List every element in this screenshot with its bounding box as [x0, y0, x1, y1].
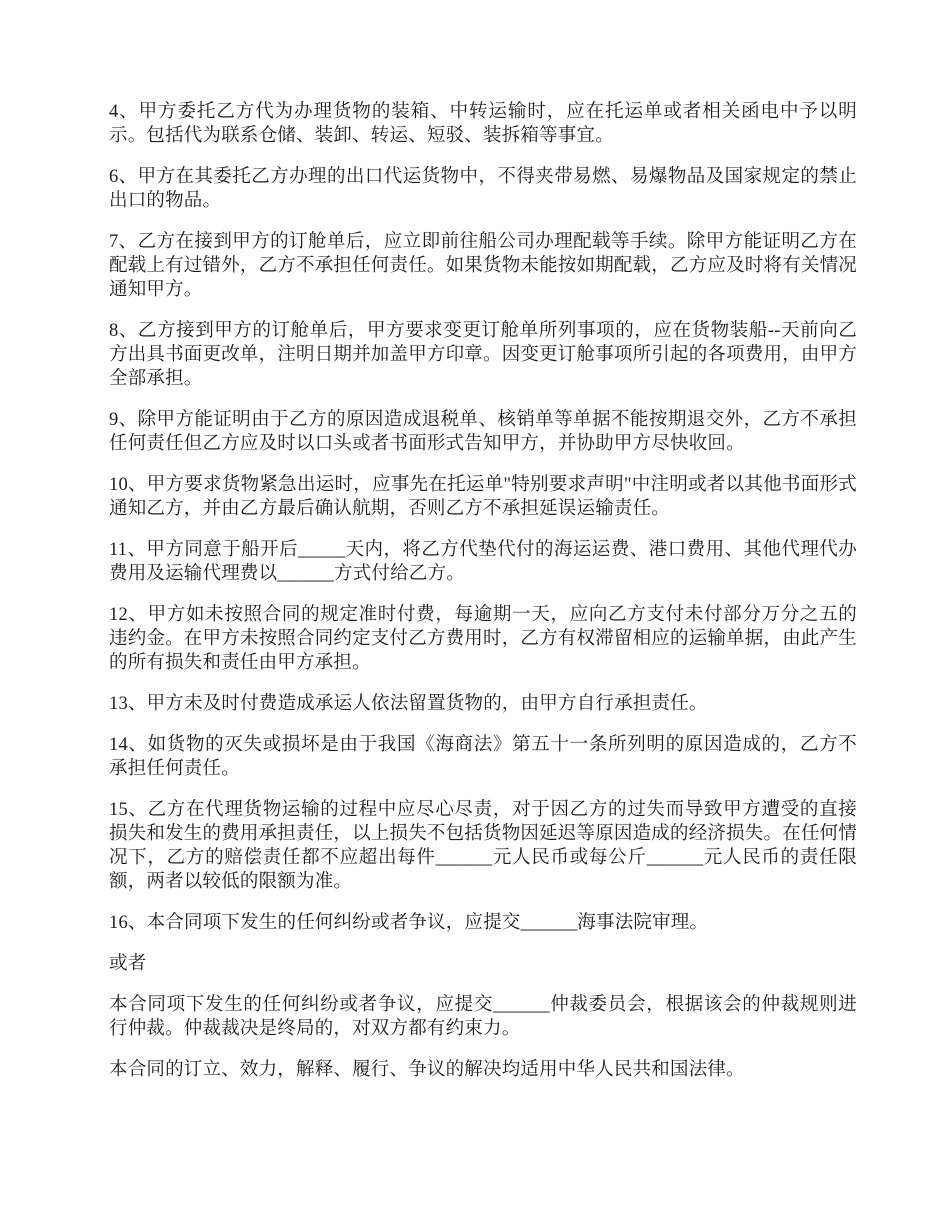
clause-16: 16、本合同项下发生的任何纠纷或者争议，应提交______海事法院审理。: [109, 911, 857, 935]
clause-11: 11、甲方同意于船开后_____天内，将乙方代垫代付的海运运费、港口费用、其他代…: [109, 538, 857, 586]
arbitration-clause: 本合同项下发生的任何纠纷或者争议，应提交______仲裁委员会，根据该会的仲裁规…: [109, 993, 857, 1041]
contract-body: 4、甲方委托乙方代为办理货物的装箱、中转运输时，应在托运单或者相关函电中予以明示…: [109, 100, 857, 1082]
governing-law-clause: 本合同的订立、效力，解释、履行、争议的解决均适用中华人民共和国法律。: [109, 1058, 857, 1082]
clause-13: 13、甲方未及时付费造成承运人依法留置货物的，由甲方自行承担责任。: [109, 692, 857, 716]
clause-4: 4、甲方委托乙方代为办理货物的装箱、中转运输时，应在托运单或者相关函电中予以明示…: [109, 100, 857, 148]
clause-7: 7、乙方在接到甲方的订舱单后，应立即前往船公司办理配载等手续。除甲方能证明乙方在…: [109, 230, 857, 302]
clause-6: 6、甲方在其委托乙方办理的出口代运货物中，不得夹带易燃、易爆物品及国家规定的禁止…: [109, 165, 857, 213]
clause-15: 15、乙方在代理货物运输的过程中应尽心尽责，对于因乙方的过失而导致甲方遭受的直接…: [109, 798, 857, 894]
clause-9: 9、除甲方能证明由于乙方的原因造成退税单、核销单等单据不能按期退交外，乙方不承担…: [109, 408, 857, 456]
clause-8: 8、乙方接到甲方的订舱单后，甲方要求变更订舱单所列事项的，应在货物装船--天前向…: [109, 319, 857, 391]
clause-10: 10、甲方要求货物紧急出运时，应事先在托运单"特别要求声明"中注明或者以其他书面…: [109, 473, 857, 521]
contract-document-page: 4、甲方委托乙方代为办理货物的装箱、中转运输时，应在托运单或者相关函电中予以明示…: [0, 0, 950, 1230]
or-separator: 或者: [109, 952, 857, 976]
clause-12: 12、甲方如未按照合同的规定准时付费，每逾期一天，应向乙方支付未付部分万分之五的…: [109, 603, 857, 675]
clause-14: 14、如货物的灭失或损坏是由于我国《海商法》第五十一条所列明的原因造成的，乙方不…: [109, 733, 857, 781]
